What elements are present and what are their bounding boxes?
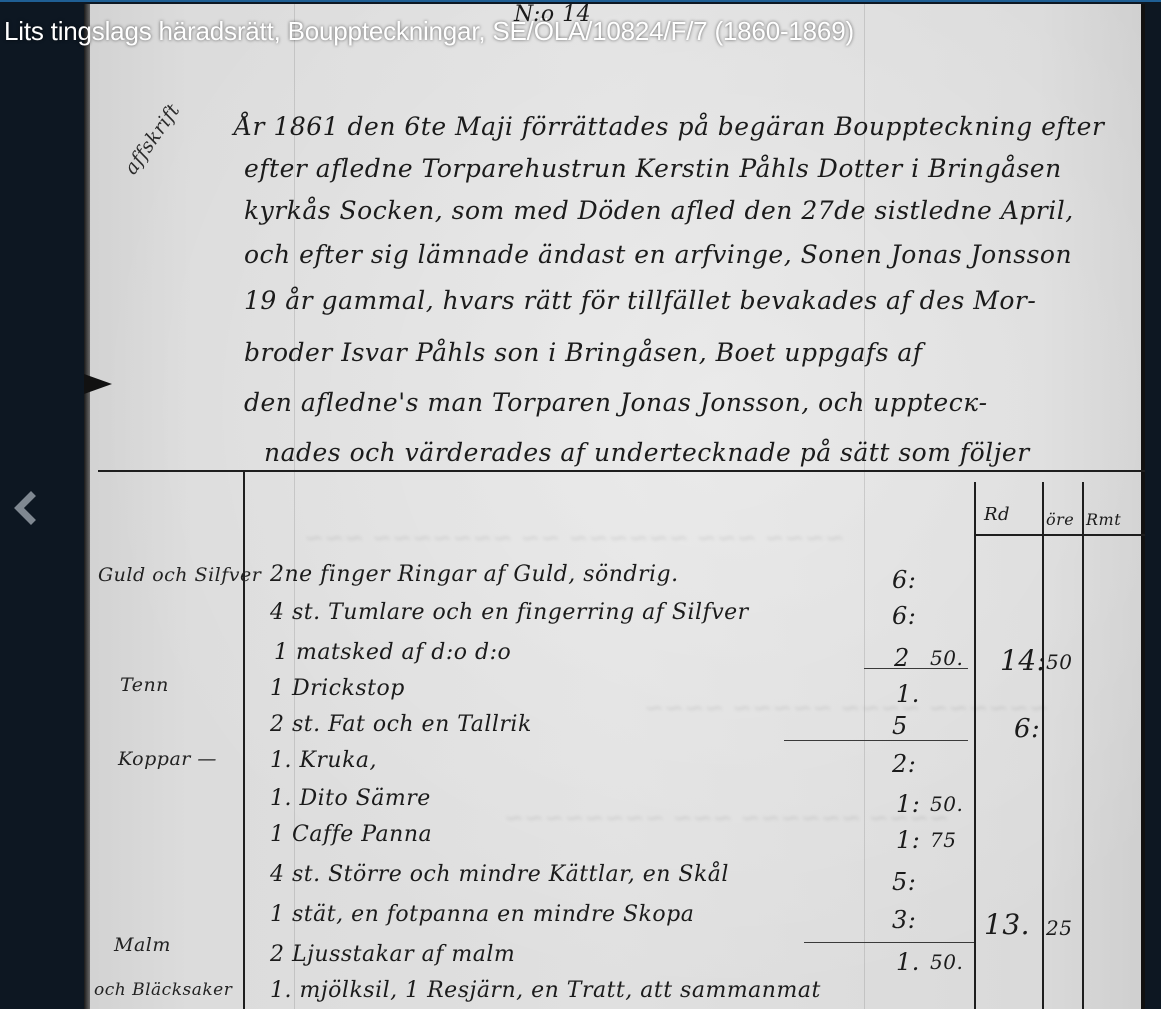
header-kmt: Rmt	[1086, 510, 1121, 529]
total-riksdaler: 6:	[1014, 714, 1040, 744]
item-description: 1 Caffe Panna	[270, 822, 432, 847]
image-viewer[interactable]: ~~~~ ~~~ ~~~~~~ ~~ ~~~~~~~ ~~~ ~~~~~~ ~~…	[0, 2, 1161, 1009]
body-line: och efter sig lämnade ändast en arfvinge…	[244, 240, 1072, 269]
subtotal-rule	[864, 668, 968, 669]
body-line: broder Isvar Påhls son i Bringåsen, Boet…	[244, 338, 923, 367]
subtotal-rule	[804, 942, 974, 943]
item-description: 1 Drickstop	[270, 676, 405, 701]
body-line: efter afledne Torparehustrun Kerstin Påh…	[244, 154, 1062, 183]
margin-note: affskrift	[120, 100, 184, 179]
item-description: 1 matsked af d:o d:o	[274, 640, 511, 665]
body-line: kyrkås Socken, som med Döden afled den 2…	[244, 196, 1074, 225]
table-column-divider	[974, 482, 976, 1009]
item-value: 3:	[892, 906, 916, 934]
table-column-divider	[1042, 482, 1044, 1009]
item-subvalue: 50.	[930, 646, 963, 670]
table-category-divider	[243, 472, 245, 1009]
item-description: 1 stät, en fotpanna en mindre Skopa	[270, 902, 694, 927]
item-value: 5	[892, 712, 908, 740]
category-label: och Bläcksaker	[94, 980, 232, 1000]
item-value: 1:	[896, 826, 920, 854]
previous-page-button[interactable]	[10, 490, 40, 526]
body-line: nades och värderades af undertecknade på…	[264, 438, 1030, 467]
page-edge	[1141, 4, 1145, 1009]
item-value: 1:	[896, 790, 920, 818]
item-subvalue: 50.	[930, 792, 963, 816]
document-title: Lits tingslags häradsrätt, Bouppteckning…	[4, 16, 854, 47]
item-subvalue: 75	[930, 828, 956, 852]
document-page-image[interactable]: ~~~~ ~~~ ~~~~~~ ~~ ~~~~~~~ ~~~ ~~~~~~ ~~…	[84, 4, 1145, 1009]
bleed-through-text: ~~~~ ~~~~~~ ~~~ ~~~~~~~~	[504, 804, 949, 832]
body-line: den afledne's man Torparen Jonas Jonsson…	[244, 388, 988, 417]
total-riksdaler: 13.	[984, 908, 1030, 941]
bleed-through-text: ~~~~~~ ~~~~ ~~~~~ ~~~~	[644, 694, 1049, 722]
total-ore: 50	[1046, 650, 1072, 674]
category-label: Guld och Silfver	[98, 564, 261, 586]
item-description: 1. Dito Sämre	[270, 786, 431, 811]
item-description: 1. mjölksil, 1 Resjärn, en Tratt, att sa…	[270, 978, 821, 1003]
total-ore: 25	[1046, 916, 1072, 940]
item-subvalue: 50.	[930, 950, 963, 974]
item-description: 2 st. Fat och en Tallrik	[270, 712, 532, 737]
item-description: 2 Ljusstakar af malm	[270, 942, 515, 967]
page-edge	[84, 4, 90, 1009]
body-line: 19 år gammal, hvars rätt för tillfället …	[244, 286, 1036, 315]
item-value: 5:	[892, 868, 916, 896]
ink-blot	[84, 374, 112, 394]
item-description: 4 st. Större och mindre Kättlar, en Skål	[270, 862, 729, 887]
body-line: År 1861 den 6te Maji förrättades på begä…	[234, 112, 1104, 141]
table-column-divider	[1082, 482, 1084, 1009]
item-description: 2ne finger Ringar af Guld, söndrig.	[270, 562, 679, 587]
category-label: Tenn	[120, 674, 169, 696]
table-top-rule	[98, 470, 1145, 472]
item-value: 6:	[892, 566, 916, 594]
item-description: 4 st. Tumlare och en fingerring af Silfv…	[270, 600, 749, 625]
table-header-rule	[974, 534, 1145, 536]
category-label: Malm	[114, 934, 171, 956]
item-value: 6:	[892, 602, 916, 630]
item-description: 1. Kruka,	[270, 748, 377, 773]
chevron-left-icon	[12, 491, 38, 525]
item-value: 2:	[892, 750, 916, 778]
bleed-through-text: ~~~~ ~~~ ~~~~~~ ~~ ~~~~~~~ ~~~	[304, 524, 845, 552]
item-value: 1.	[896, 680, 920, 708]
subtotal-rule	[784, 740, 968, 741]
total-riksdaler: 14:	[1000, 644, 1047, 677]
header-riksdaler: Rd	[984, 504, 1010, 525]
category-label: Koppar —	[118, 748, 217, 770]
header-ore: öre	[1046, 510, 1074, 529]
item-value: 1.	[896, 948, 920, 976]
